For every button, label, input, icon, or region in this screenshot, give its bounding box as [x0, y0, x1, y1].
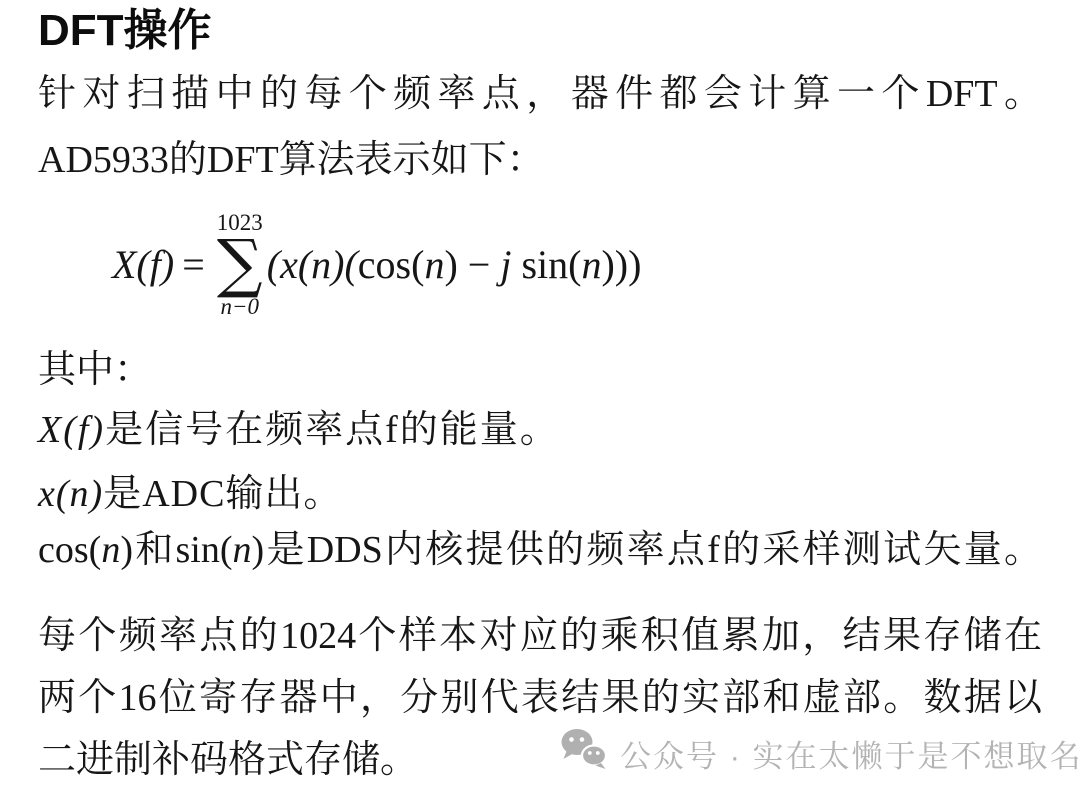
- watermark-label: 公众号 · 实在太懒于是不想取名: [620, 731, 1080, 776]
- glossary-desc-xf: 是信号在频率点f的能量。: [105, 409, 560, 451]
- expr-seg: ) −: [444, 242, 500, 287]
- page-title: DFT操作: [38, 8, 212, 54]
- expr-seg: cos(: [358, 242, 425, 287]
- expr-seg: (x(n)(: [267, 242, 358, 287]
- expr-seg: n: [424, 242, 444, 287]
- glossary-term-xf: X(f): [38, 409, 105, 451]
- glossary-term-xn: x(n): [38, 473, 103, 515]
- wechat-icon: [560, 728, 608, 778]
- dft-formula: X(f) = 1023 ∑ n−0 (x(n)(cos(n) − j sin(n…: [112, 210, 641, 320]
- equals-sign: =: [182, 245, 205, 285]
- sigma-lower-limit: n−0: [220, 294, 259, 320]
- glossary-desc-xn: 是ADC输出。: [103, 473, 342, 515]
- intro-line-1: 针对扫描中的每个频率点，器件都会计算一个DFT。: [38, 72, 1042, 116]
- glossary-item-xn: x(n)是ADC输出。: [38, 472, 1042, 516]
- body-line-1: 每个频率点的1024个样本对应的乘积值累加，结果存储在: [38, 614, 1042, 658]
- cossin-seg: cos(: [38, 529, 101, 571]
- expr-seg: j: [500, 242, 511, 287]
- cossin-seg: )和sin(: [120, 529, 232, 571]
- intro-line-2: AD5933的DFT算法表示如下：: [38, 138, 1042, 182]
- cossin-seg: n: [101, 529, 120, 571]
- sigma-stack: 1023 ∑ n−0: [217, 210, 263, 320]
- glossary-item-cossin: cos(n)和sin(n)是DDS内核提供的频率点f的采样测试矢量。: [38, 528, 1042, 572]
- glossary-item-xf: X(f)是信号在频率点f的能量。: [38, 408, 1042, 452]
- formula-lhs: X(f): [112, 245, 174, 285]
- expr-seg: n: [581, 242, 601, 287]
- expr-seg: sin(: [511, 242, 581, 287]
- formula-expression: (x(n)(cos(n) − j sin(n))): [267, 245, 642, 285]
- watermark: 公众号 · 实在太懒于是不想取名: [560, 728, 1080, 778]
- cossin-seg: n: [233, 529, 252, 571]
- glossary-heading: 其中：: [38, 348, 1042, 392]
- sigma-symbol: ∑: [217, 236, 263, 294]
- expr-seg: ))): [601, 242, 641, 287]
- document-page: DFT操作 针对扫描中的每个频率点，器件都会计算一个DFT。 AD5933的DF…: [0, 0, 1080, 796]
- body-line-2: 两个16位寄存器中，分别代表结果的实部和虚部。数据以: [38, 676, 1042, 720]
- cossin-seg: )是DDS内核提供的频率点f的采样测试矢量。: [252, 529, 1042, 571]
